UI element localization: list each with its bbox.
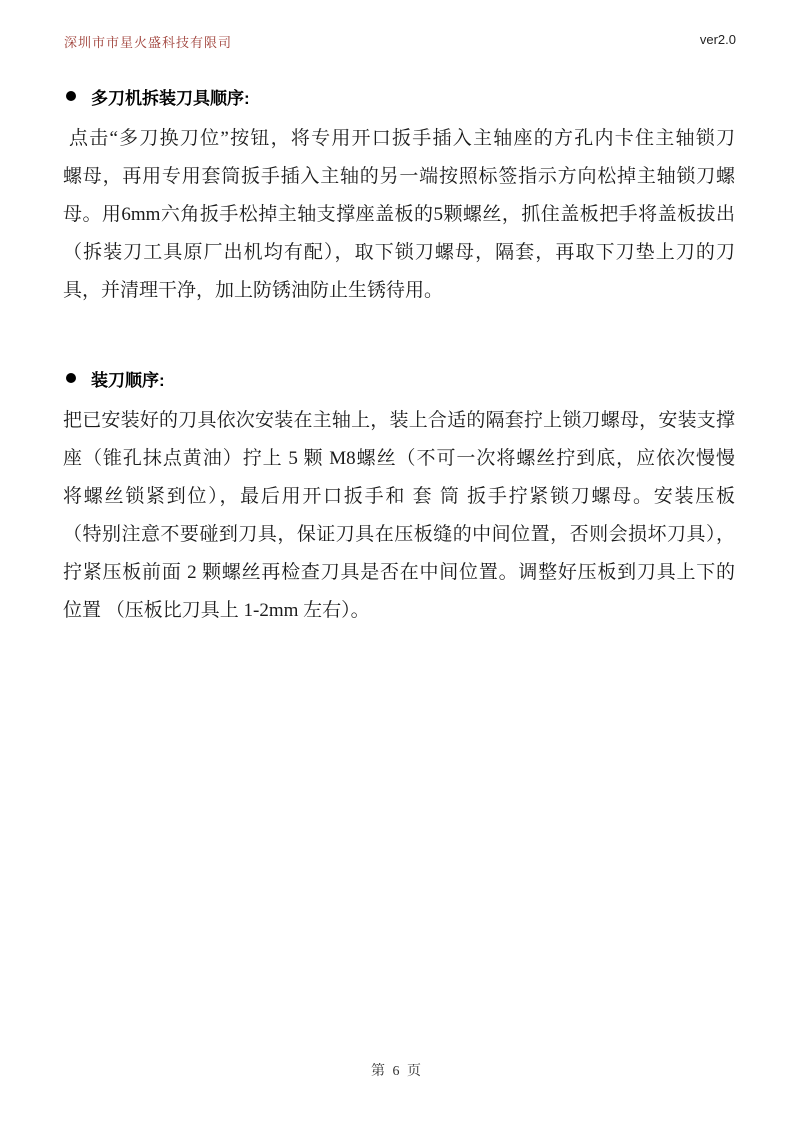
section-disassembly: 多刀机拆装刀具顺序: 点击“多刀换刀位”按钮，将专用开口扳手插入主轴座的方孔内卡… [63,84,735,310]
text-line: 将螺丝锁紧到位），最后用开口扳手和 套 筒 扳手拧紧锁刀螺母。安装压板 [63,478,735,516]
text-line: 点击“多刀换刀位”按钮，将专用开口扳手插入主轴座的方孔内卡住主轴锁刀 [63,120,735,158]
section-installation: 装刀顺序: 把已安装好的刀具依次安装在主轴上，装上合适的隔套拧上锁刀螺母，安装支… [63,366,735,630]
section-heading-label: 装刀顺序: [91,366,165,391]
text-line: 具，并清理干净，加上防锈油防止生锈待用。 [63,272,735,310]
text-line: 座（锥孔抹点黄油）拧上 5 颗 M8螺丝（不可一次将螺丝拧到底，应依次慢慢 [63,440,735,478]
text-line: （特别注意不要碰到刀具，保证刀具在压板缝的中间位置，否则会损坏刀具）， [63,516,735,554]
section-heading-label: 多刀机拆装刀具顺序: [91,84,250,109]
paragraph-disassembly: 点击“多刀换刀位”按钮，将专用开口扳手插入主轴座的方孔内卡住主轴锁刀螺母，再用专… [63,120,735,310]
text-line: 拧紧压板前面 2 颗螺丝再检查刀具是否在中间位置。调整好压板到刀具上下的 [63,554,735,592]
paragraph-installation: 把已安装好的刀具依次安装在主轴上，装上合适的隔套拧上锁刀螺母，安装支撑座（锥孔抹… [63,402,735,630]
text-line: （拆装刀工具原厂出机均有配），取下锁刀螺母，隔套，再取下刀垫上刀的刀 [63,234,735,272]
document-body: 多刀机拆装刀具顺序: 点击“多刀换刀位”按钮，将专用开口扳手插入主轴座的方孔内卡… [63,84,735,630]
document-page: 深圳市市星火盛科技有限司 ver2.0 多刀机拆装刀具顺序: 点击“多刀换刀位”… [0,0,794,1123]
bullet-icon [66,91,76,101]
section-heading: 装刀顺序: [63,366,735,390]
version-label: ver2.0 [700,32,736,47]
company-name: 深圳市市星火盛科技有限司 [64,32,232,51]
text-line: 母。用6mm六角扳手松掉主轴支撑座盖板的5颗螺丝，抓住盖板把手将盖板拔出 [63,196,735,234]
page-number: 第 6 页 [0,1060,794,1080]
text-line: 位置 （压板比刀具上 1-2mm 左右）。 [63,592,735,630]
section-heading: 多刀机拆装刀具顺序: [63,84,735,108]
bullet-icon [66,373,76,383]
page-header: 深圳市市星火盛科技有限司 ver2.0 [64,32,736,51]
text-line: 螺母，再用专用套筒扳手插入主轴的另一端按照标签指示方向松掉主轴锁刀螺 [63,158,735,196]
text-line: 把已安装好的刀具依次安装在主轴上，装上合适的隔套拧上锁刀螺母，安装支撑 [63,402,735,440]
